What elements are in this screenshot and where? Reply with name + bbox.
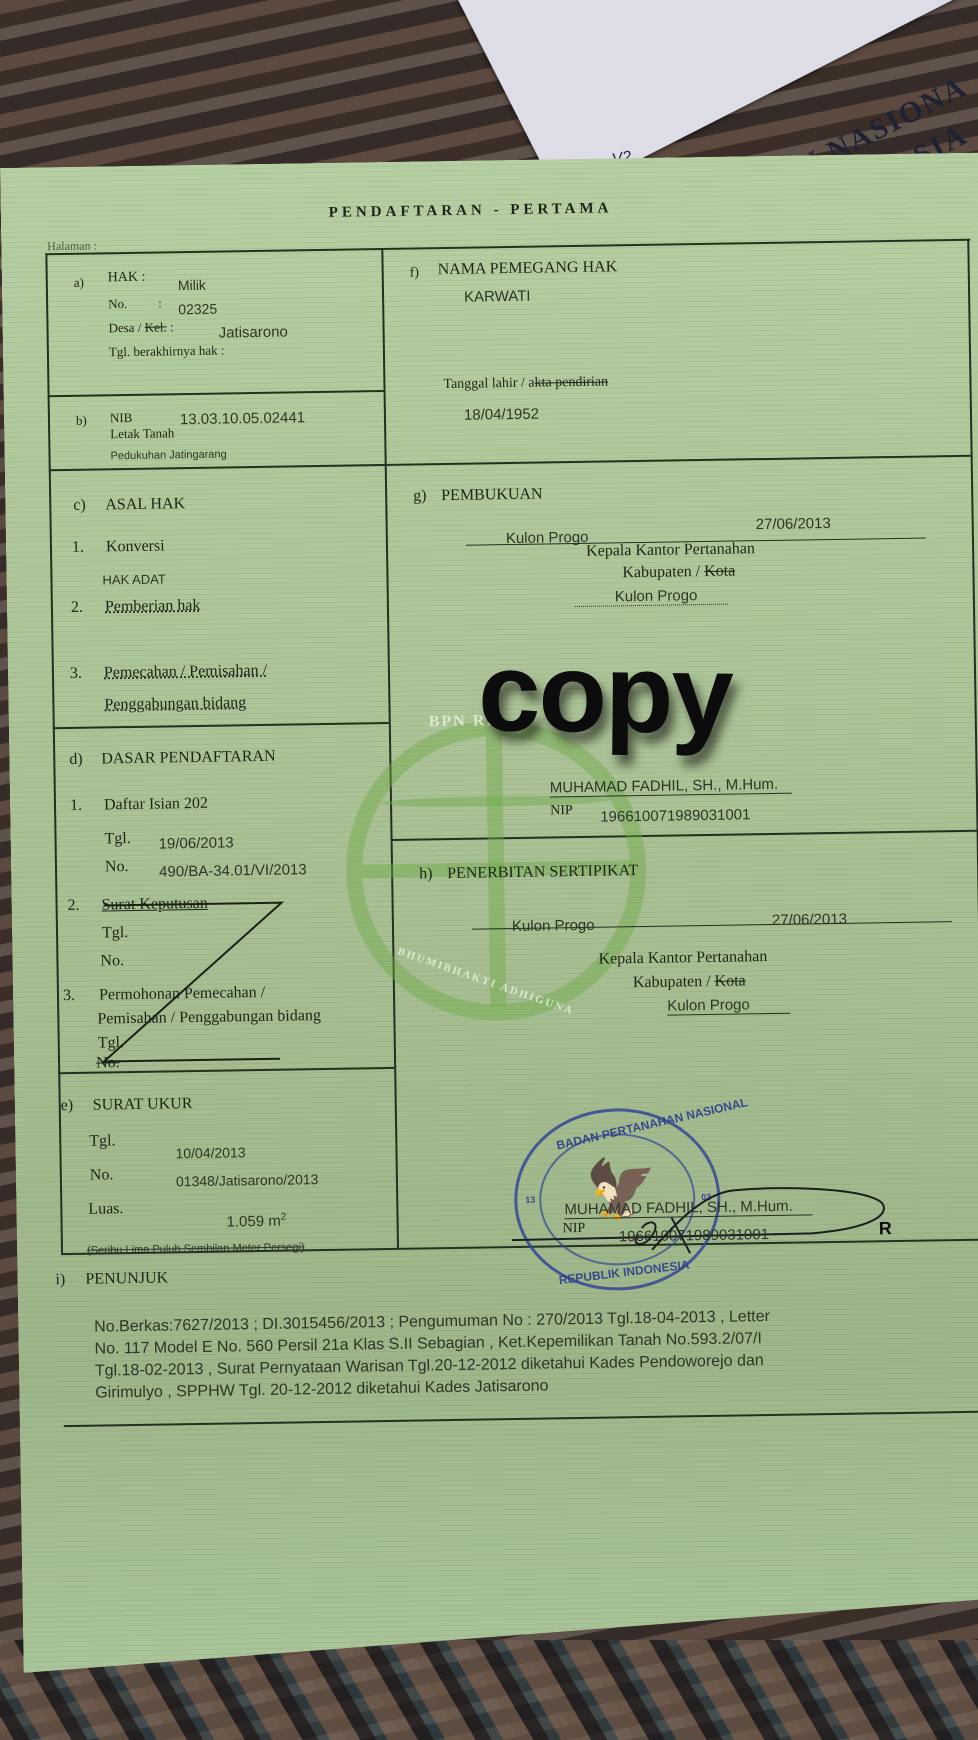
- desa-label: Desa /: [108, 320, 141, 336]
- land-certificate-page: PENDAFTARAN - PERTAMA Halaman : BPN RI B…: [0, 152, 978, 1672]
- desa-value: Jatisarono: [218, 324, 287, 342]
- frame-right-border: [967, 239, 978, 1239]
- kel-struck: Kel.: [145, 319, 167, 334]
- hak-number-value: 02325: [178, 301, 217, 318]
- z-strikeout-mark: [92, 898, 305, 1071]
- no-label: No.: [108, 296, 127, 312]
- penerbitan-place: Kulon Progo: [512, 917, 595, 935]
- frame-top-border: [45, 239, 970, 256]
- section-a-label: a): [74, 275, 84, 291]
- dasar-pendaftaran-title: DASAR PENDAFTARAN: [101, 748, 276, 769]
- hak-value: Milik: [178, 277, 206, 293]
- pemecahan-label: Pemecahan / Pemisahan /: [104, 662, 267, 683]
- penerbitan-office-line1: Kepala Kantor Pertanahan: [598, 948, 767, 969]
- luas-value: 1.059 m: [226, 1213, 280, 1231]
- desa-colon: :: [170, 319, 174, 334]
- column-divider: [381, 248, 398, 1248]
- pemberian-hak-label: Pemberian hak: [105, 597, 201, 616]
- section-h-label: h): [419, 865, 433, 883]
- pembukuan-office-line2: Kabupaten /: [622, 563, 700, 581]
- daftar-isian-label: Daftar Isian 202: [104, 795, 208, 815]
- penggabungan-label: Penggabungan bidang: [104, 694, 246, 714]
- pembukuan-nip-value: 196610071989031001: [600, 806, 750, 825]
- divider-c-d: [53, 722, 389, 729]
- section-i-label: i): [55, 1271, 65, 1289]
- asal-hak-item2-num: 2.: [71, 599, 83, 617]
- daftar-isian-tgl-value: 19/06/2013: [159, 834, 234, 852]
- penunjuk-title: PENUNJUK: [85, 1269, 168, 1288]
- pembukuan-official-name: MUHAMAD FADHIL, SH., M.Hum.: [550, 776, 793, 798]
- nama-pemegang-hak-title: NAMA PEMEGANG HAK: [438, 258, 618, 279]
- pembukuan-office-line1: Kepala Kantor Pertanahan: [586, 540, 755, 561]
- hak-label: HAK :: [108, 270, 146, 287]
- holder-birth-date: 18/04/1952: [464, 406, 539, 424]
- tanggal-lahir-label: Tanggal lahir / a: [443, 376, 534, 392]
- letak-tanah-value: Pedukuhan Jatingarang: [110, 448, 226, 462]
- surat-ukur-no-value: 01348/Jatisarono/2013: [176, 1171, 319, 1189]
- dasar-item1-num: 1.: [70, 797, 82, 815]
- section-c-label: c): [73, 497, 86, 515]
- nib-value: 13.03.10.05.02441: [180, 409, 305, 428]
- asal-hak-title: ASAL HAK: [105, 495, 185, 514]
- copy-overlay-text: copy: [478, 627, 733, 759]
- document-title: PENDAFTARAN - PERTAMA: [329, 200, 613, 221]
- letak-tanah-label: Letak Tanah: [110, 425, 174, 442]
- section-d-label: d): [69, 751, 83, 769]
- penerbitan-date: 27/06/2013: [772, 911, 847, 929]
- daftar-isian-no-value: 490/BA-34.01/VI/2013: [159, 861, 307, 880]
- luas-in-words: (Seribu Lima Puluh Sembilan Meter Perseg…: [87, 1241, 305, 1256]
- luas-label: Luas.: [88, 1200, 123, 1219]
- section-g-label: g): [413, 487, 427, 505]
- pembukuan-kota-struck: Kota: [704, 563, 735, 580]
- daftar-isian-no-label: No.: [105, 858, 129, 876]
- section-e-label: e): [61, 1097, 74, 1115]
- paraf-initial: R: [879, 1218, 892, 1239]
- surat-ukur-no-label: No.: [90, 1166, 114, 1184]
- dasar-item3-num: 3.: [63, 987, 75, 1005]
- holder-name: KARWATI: [464, 288, 531, 306]
- pembukuan-date: 27/06/2013: [756, 515, 831, 533]
- surat-ukur-tgl-label: Tgl.: [89, 1132, 115, 1150]
- asal-hak-item1-num: 1.: [72, 539, 84, 557]
- surat-ukur-tgl-value: 10/04/2013: [175, 1144, 245, 1161]
- penerbitan-office-place: Kulon Progo: [667, 996, 790, 1016]
- akta-pendirian-struck: kta pendirian: [534, 374, 608, 390]
- surat-ukur-title: SURAT UKUR: [93, 1095, 193, 1115]
- penerbitan-nip-value: 196610071989031001: [619, 1226, 769, 1245]
- section-f-label: f): [410, 265, 420, 281]
- no-colon: :: [158, 295, 162, 311]
- konversi-label: Konversi: [106, 537, 165, 556]
- pembukuan-place: Kulon Progo: [506, 529, 589, 547]
- section-b-label: b): [76, 413, 87, 429]
- luas-unit-exponent: 2: [281, 1212, 287, 1223]
- nib-label: NIB: [110, 410, 133, 426]
- penerbitan-kota-struck: Kota: [714, 972, 745, 989]
- pembukuan-office-place: Kulon Progo: [575, 587, 728, 607]
- asal-hak-item3-num: 3.: [70, 665, 82, 683]
- pembukuan-nip-label: NIP: [550, 803, 573, 819]
- penerbitan-office-line2: Kabupaten /: [633, 973, 711, 991]
- tgl-berakhir-label: Tgl. berakhirnya hak :: [109, 342, 225, 360]
- dasar-item2-num: 2.: [67, 897, 79, 915]
- divider-bottom: [64, 1411, 978, 1427]
- daftar-isian-tgl-label: Tgl.: [104, 830, 130, 848]
- konversi-value: HAK ADAT: [102, 571, 166, 587]
- pembukuan-title: PEMBUKUAN: [441, 486, 543, 506]
- divider-a-b: [48, 390, 384, 397]
- penerbitan-nip-label: NIP: [563, 1221, 586, 1237]
- penerbitan-sertipikat-title: PENERBITAN SERTIPIKAT: [447, 862, 638, 883]
